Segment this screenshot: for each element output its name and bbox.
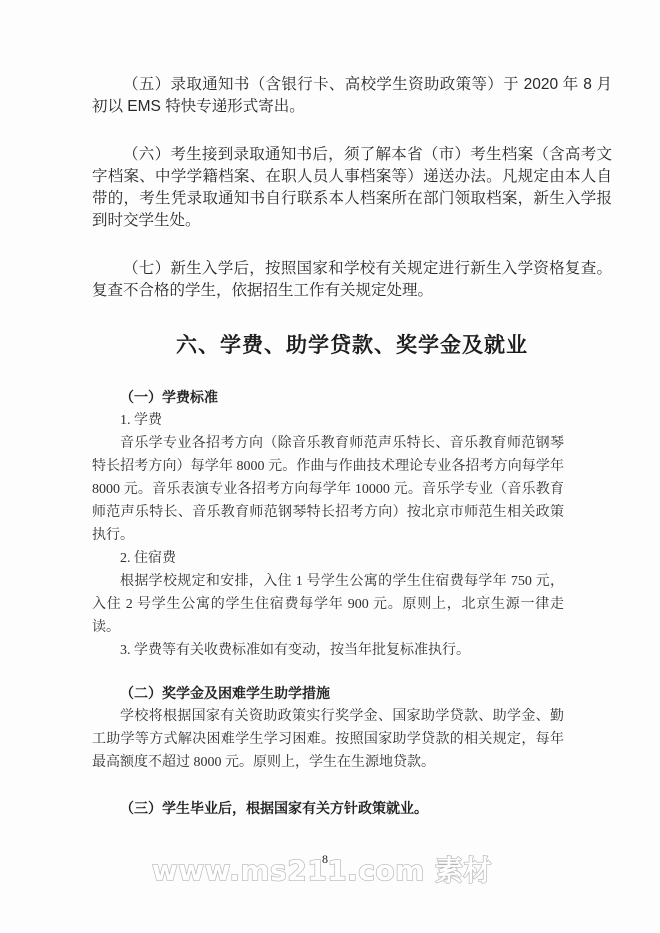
subheading-scholarship-aid: （二）奖学金及困难学生助学措施 [92,682,564,705]
fee-change-note: 3. 学费等有关收费标准如有变动，按当年批复标准执行。 [92,639,564,662]
page-number: 8 [322,852,328,867]
subheading-tuition-standard: （一）学费标准 [92,386,564,409]
section-heading-tuition-loans-scholarship-employment: 六、学费、助学贷款、奖学金及就业 [92,330,612,360]
paragraph-enrollment-qualification-review: （七）新生入学后，按照国家和学校有关规定进行新生入学资格复查。复查不合格的学生，… [92,258,612,302]
paragraph-candidate-archives: （六）考生接到录取通知书后，须了解本省（市）考生档案（含高考文字档案、中学学籍档… [92,144,612,232]
tuition-item-label: 1. 学费 [92,409,564,432]
page-content: （五）录取通知书（含银行卡、高校学生资助政策等）于 2020 年 8 月初以 E… [0,0,660,820]
subheading-employment-policy: （三）学生毕业后，根据国家有关方针政策就业。 [92,797,564,820]
accommodation-item-body: 根据学校规定和安排，入住 1 号学生公寓的学生住宿费每学年 750 元，入住 2… [92,570,564,639]
section-body: （一）学费标准 1. 学费 音乐学专业各招考方向（除音乐教育师范声乐特长、音乐教… [92,386,564,820]
scholarship-aid-body: 学校将根据国家有关资助政策实行奖学金、国家助学贷款、助学金、勤工助学等方式解决困… [92,705,564,774]
document-page: （五）录取通知书（含银行卡、高校学生资助政策等）于 2020 年 8 月初以 E… [0,0,660,933]
paragraph-admission-notice-mailing: （五）录取通知书（含银行卡、高校学生资助政策等）于 2020 年 8 月初以 E… [92,74,612,118]
tuition-item-body: 音乐学专业各招考方向（除音乐教育师范声乐特长、音乐教育师范钢琴特长招考方向）每学… [92,432,564,547]
accommodation-item-label: 2. 住宿费 [92,547,564,570]
